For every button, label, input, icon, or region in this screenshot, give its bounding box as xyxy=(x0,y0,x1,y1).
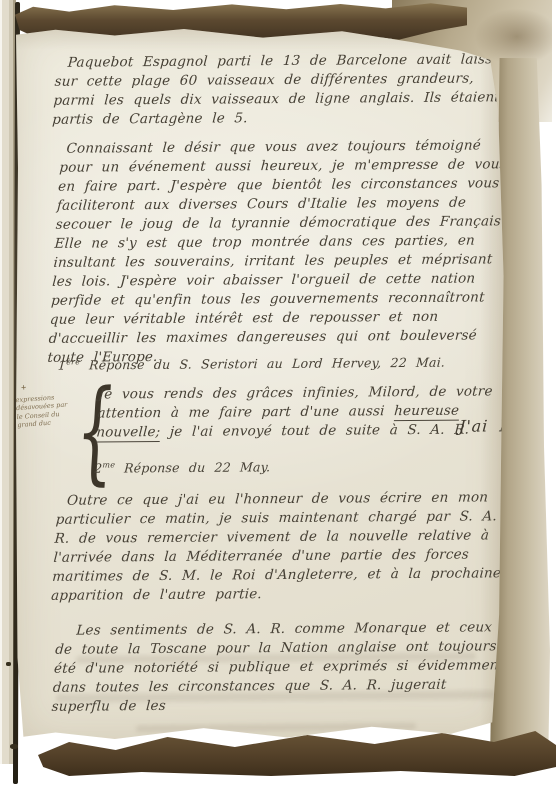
ink-speck xyxy=(6,662,11,666)
response-text-end: je l'ai envoyé tout de suite à S. A. R. xyxy=(160,422,470,440)
margin-annotation: + expressions désavouées par le Conseil … xyxy=(14,380,77,430)
first-response-block: { Je vous rends des grâces infinies, Mil… xyxy=(63,380,518,492)
first-response-text: Je vous rends des grâces infinies, Milor… xyxy=(96,382,502,442)
paragraph-letter-body: Connaissant le désir que vous avez toujo… xyxy=(47,136,521,368)
heading-text: Réponse du 22 May. xyxy=(124,459,271,475)
manuscript-photo: Paquebot Espagnol parti le 13 de Barcelo… xyxy=(0,0,560,790)
margin-cross-mark: + xyxy=(20,380,74,392)
heading-text: Réponse du S. Seristori au Lord Hervey, … xyxy=(89,355,446,373)
ink-speck xyxy=(10,744,18,749)
heading-ordinal-suffix: me xyxy=(102,460,115,469)
heading-ordinal-suffix: ère xyxy=(66,357,80,366)
paragraph-second-response-1: Outre ce que j'ai eu l'honneur de vous é… xyxy=(50,488,517,606)
manuscript-page: Paquebot Espagnol parti le 13 de Barcelo… xyxy=(16,24,510,744)
heading-second-response: 2me Réponse du 22 May. xyxy=(94,454,272,478)
paragraph-dispatch-news: Paquebot Espagnol parti le 13 de Barcelo… xyxy=(52,50,515,130)
paragraph-second-response-2: Les sentiments de S. A. R. comme Monarqu… xyxy=(51,618,517,717)
ink-showthrough xyxy=(136,723,416,732)
